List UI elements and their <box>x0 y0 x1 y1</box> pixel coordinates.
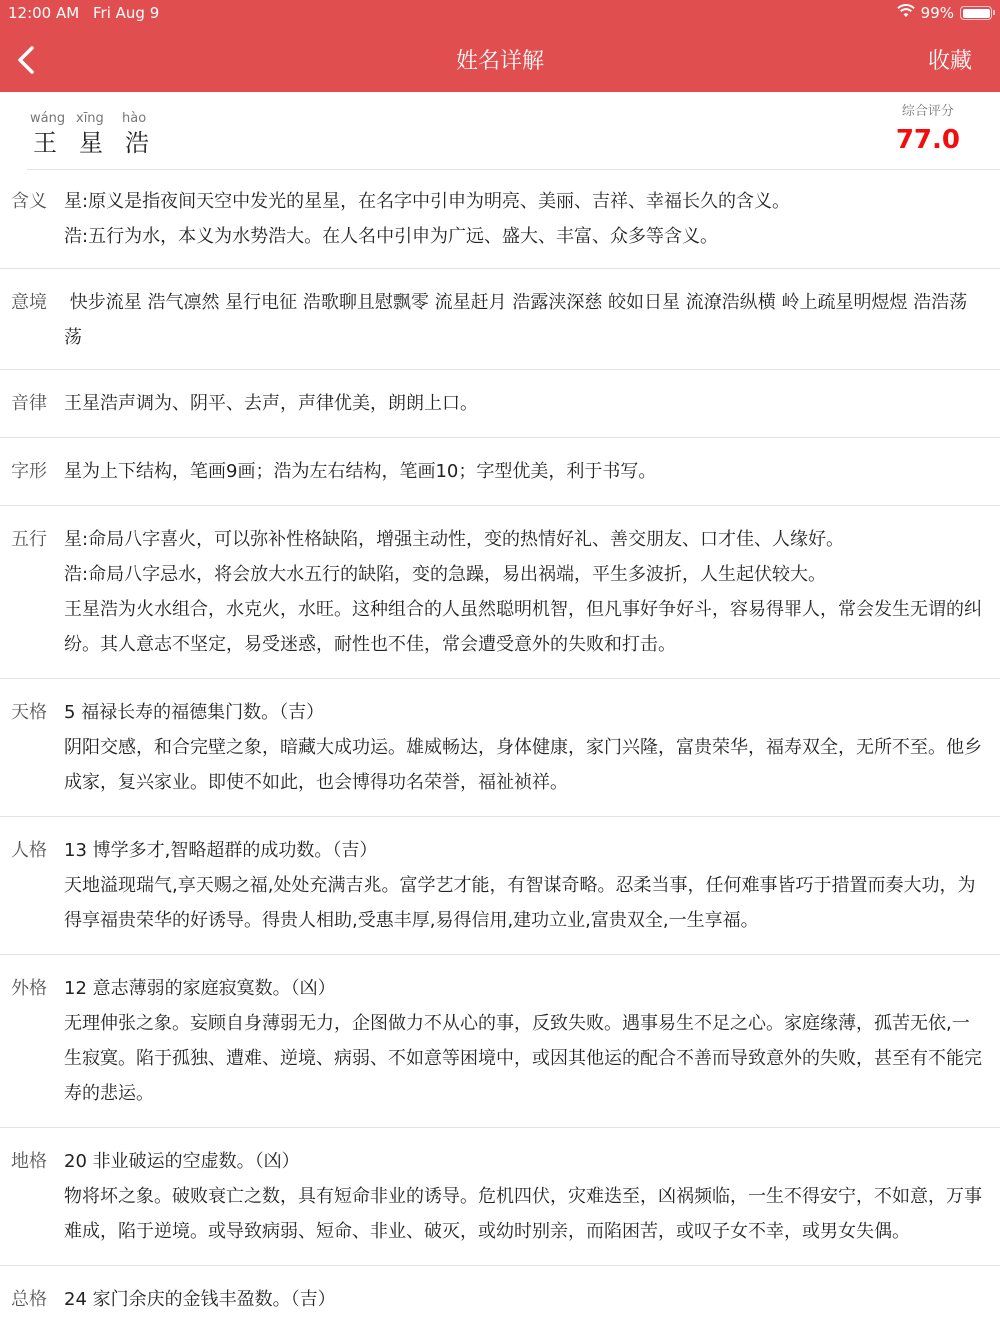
section-line: 12 意志薄弱的家庭寂寞数。（凶） <box>64 971 984 1006</box>
name-char: wáng 王 <box>28 110 74 158</box>
status-bar: 12:00 AM Fri Aug 9 99% <box>0 0 1000 28</box>
status-time: 12:00 AM <box>8 4 79 22</box>
pinyin: xīng <box>74 110 120 128</box>
navigation-bar: 姓名详解 收藏 <box>0 28 1000 92</box>
hanzi: 王 <box>28 128 74 158</box>
section-body: 24 家门余庆的金钱丰盈数。（吉） <box>64 1282 1000 1317</box>
name-characters: wáng 王 xīng 星 hào 浩 <box>28 110 166 158</box>
section-line: 星:原义是指夜间天空中发光的星星，在名字中引申为明亮、美丽、吉祥、幸福长久的含义… <box>64 184 984 219</box>
section-line: 24 家门余庆的金钱丰盈数。（吉） <box>64 1282 984 1317</box>
section-total-grid: 总格 24 家门余庆的金钱丰盈数。（吉） <box>0 1266 1000 1333</box>
section-label: 天格 <box>0 695 64 800</box>
section-heaven-grid: 天格 5 福禄长寿的福德集门数。（吉） 阴阳交感，和合完壁之象，暗藏大成功运。雄… <box>0 679 1000 817</box>
section-body: 12 意志薄弱的家庭寂寞数。（凶） 无理伸张之象。妄顾自身薄弱无力，企图做力不从… <box>64 971 1000 1111</box>
section-line: 星:命局八字喜火，可以弥补性格缺陷，增强主动性，变的热情好礼、善交朋友、口才佳、… <box>64 522 984 557</box>
section-body: 星:原义是指夜间天空中发光的星星，在名字中引申为明亮、美丽、吉祥、幸福长久的含义… <box>64 184 1000 254</box>
section-line: 20 非业破运的空虚数。（凶） <box>64 1144 984 1179</box>
section-line: 王星浩声调为、阴平、去声，声律优美，朗朗上口。 <box>64 386 984 421</box>
pinyin: hào <box>120 110 166 128</box>
section-earth-grid: 地格 20 非业破运的空虚数。（凶） 物将坏之象。破败衰亡之数，具有短命非业的诱… <box>0 1128 1000 1266</box>
section-label: 意境 <box>0 285 64 355</box>
section-phonetics: 音律 王星浩声调为、阴平、去声，声律优美，朗朗上口。 <box>0 370 1000 438</box>
section-line: 物将坏之象。破败衰亡之数，具有短命非业的诱导。危机四伏，灾难迭至，凶祸频临，一生… <box>64 1179 984 1249</box>
section-glyph-form: 字形 星为上下结构，笔画9画；浩为左右结构，笔画10；字型优美，利于书写。 <box>0 438 1000 506</box>
detail-sections: 含义 星:原义是指夜间天空中发光的星星，在名字中引申为明亮、美丽、吉祥、幸福长久… <box>0 170 1000 1333</box>
section-body: 13 博学多才,智略超群的成功数。（吉） 天地溢现瑞气,享天赐之福,处处充满吉兆… <box>64 833 1000 938</box>
section-line: 星为上下结构，笔画9画；浩为左右结构，笔画10；字型优美，利于书写。 <box>64 454 984 489</box>
section-label: 地格 <box>0 1144 64 1249</box>
section-meaning: 含义 星:原义是指夜间天空中发光的星星，在名字中引申为明亮、美丽、吉祥、幸福长久… <box>0 170 1000 269</box>
name-char: hào 浩 <box>120 110 166 158</box>
section-line: 浩:命局八字忌水，将会放大水五行的缺陷，变的急躁，易出祸端，平生多波折，人生起伏… <box>64 557 984 592</box>
section-label: 音律 <box>0 386 64 421</box>
battery-percent: 99% <box>921 4 954 22</box>
section-imagery: 意境 快步流星 浩气凛然 星行电征 浩歌聊且慰飘零 流星赶月 浩露浃深慈 皎如日… <box>0 269 1000 370</box>
section-label: 字形 <box>0 454 64 489</box>
page-title: 姓名详解 <box>0 44 1000 75</box>
section-label: 含义 <box>0 184 64 254</box>
section-body: 5 福禄长寿的福德集门数。（吉） 阴阳交感，和合完壁之象，暗藏大成功运。雄威畅达… <box>64 695 1000 800</box>
section-body: 王星浩声调为、阴平、去声，声律优美，朗朗上口。 <box>64 386 1000 421</box>
section-line: 13 博学多才,智略超群的成功数。（吉） <box>64 833 984 868</box>
section-label: 人格 <box>0 833 64 938</box>
name-header: wáng 王 xīng 星 hào 浩 综合评分 77.0 <box>0 92 1000 170</box>
section-body: 20 非业破运的空虚数。（凶） 物将坏之象。破败衰亡之数，具有短命非业的诱导。危… <box>64 1144 1000 1249</box>
pinyin: wáng <box>28 110 74 128</box>
score-value: 77.0 <box>896 125 960 155</box>
status-date: Fri Aug 9 <box>93 4 159 22</box>
section-line: 天地溢现瑞气,享天赐之福,处处充满吉兆。富学艺才能，有智谋奇略。忍柔当事，任何难… <box>64 868 984 938</box>
overall-score: 综合评分 77.0 <box>896 100 960 155</box>
section-line: 快步流星 浩气凛然 星行电征 浩歌聊且慰飘零 流星赶月 浩露浃深慈 皎如日星 流… <box>64 285 984 355</box>
section-five-elements: 五行 星:命局八字喜火，可以弥补性格缺陷，增强主动性，变的热情好礼、善交朋友、口… <box>0 506 1000 679</box>
section-line: 阴阳交感，和合完壁之象，暗藏大成功运。雄威畅达，身体健康，家门兴隆，富贵荣华，福… <box>64 730 984 800</box>
section-outer-grid: 外格 12 意志薄弱的家庭寂寞数。（凶） 无理伸张之象。妄顾自身薄弱无力，企图做… <box>0 955 1000 1128</box>
section-body: 星:命局八字喜火，可以弥补性格缺陷，增强主动性，变的热情好礼、善交朋友、口才佳、… <box>64 522 1000 662</box>
section-person-grid: 人格 13 博学多才,智略超群的成功数。（吉） 天地溢现瑞气,享天赐之福,处处充… <box>0 817 1000 955</box>
hanzi: 星 <box>74 128 120 158</box>
section-label: 总格 <box>0 1282 64 1317</box>
section-line: 浩:五行为水，本义为水势浩大。在人名中引申为广远、盛大、丰富、众多等含义。 <box>64 219 984 254</box>
section-body: 星为上下结构，笔画9画；浩为左右结构，笔画10；字型优美，利于书写。 <box>64 454 1000 489</box>
header-bar: 12:00 AM Fri Aug 9 99% 姓名详解 收藏 <box>0 0 1000 92</box>
section-body: 快步流星 浩气凛然 星行电征 浩歌聊且慰飘零 流星赶月 浩露浃深慈 皎如日星 流… <box>64 285 1000 355</box>
favorite-button[interactable]: 收藏 <box>928 44 972 75</box>
section-line: 5 福禄长寿的福德集门数。（吉） <box>64 695 984 730</box>
battery-icon <box>960 6 992 20</box>
section-line: 无理伸张之象。妄顾自身薄弱无力，企图做力不从心的事，反致失败。遇事易生不足之心。… <box>64 1006 984 1111</box>
wifi-icon <box>897 4 915 22</box>
hanzi: 浩 <box>120 128 166 158</box>
name-char: xīng 星 <box>74 110 120 158</box>
section-label: 外格 <box>0 971 64 1111</box>
section-line: 王星浩为火水组合，水克火，水旺。这种组合的人虽然聪明机智，但凡事好争好斗，容易得… <box>64 592 984 662</box>
section-label: 五行 <box>0 522 64 662</box>
score-label: 综合评分 <box>896 100 960 119</box>
